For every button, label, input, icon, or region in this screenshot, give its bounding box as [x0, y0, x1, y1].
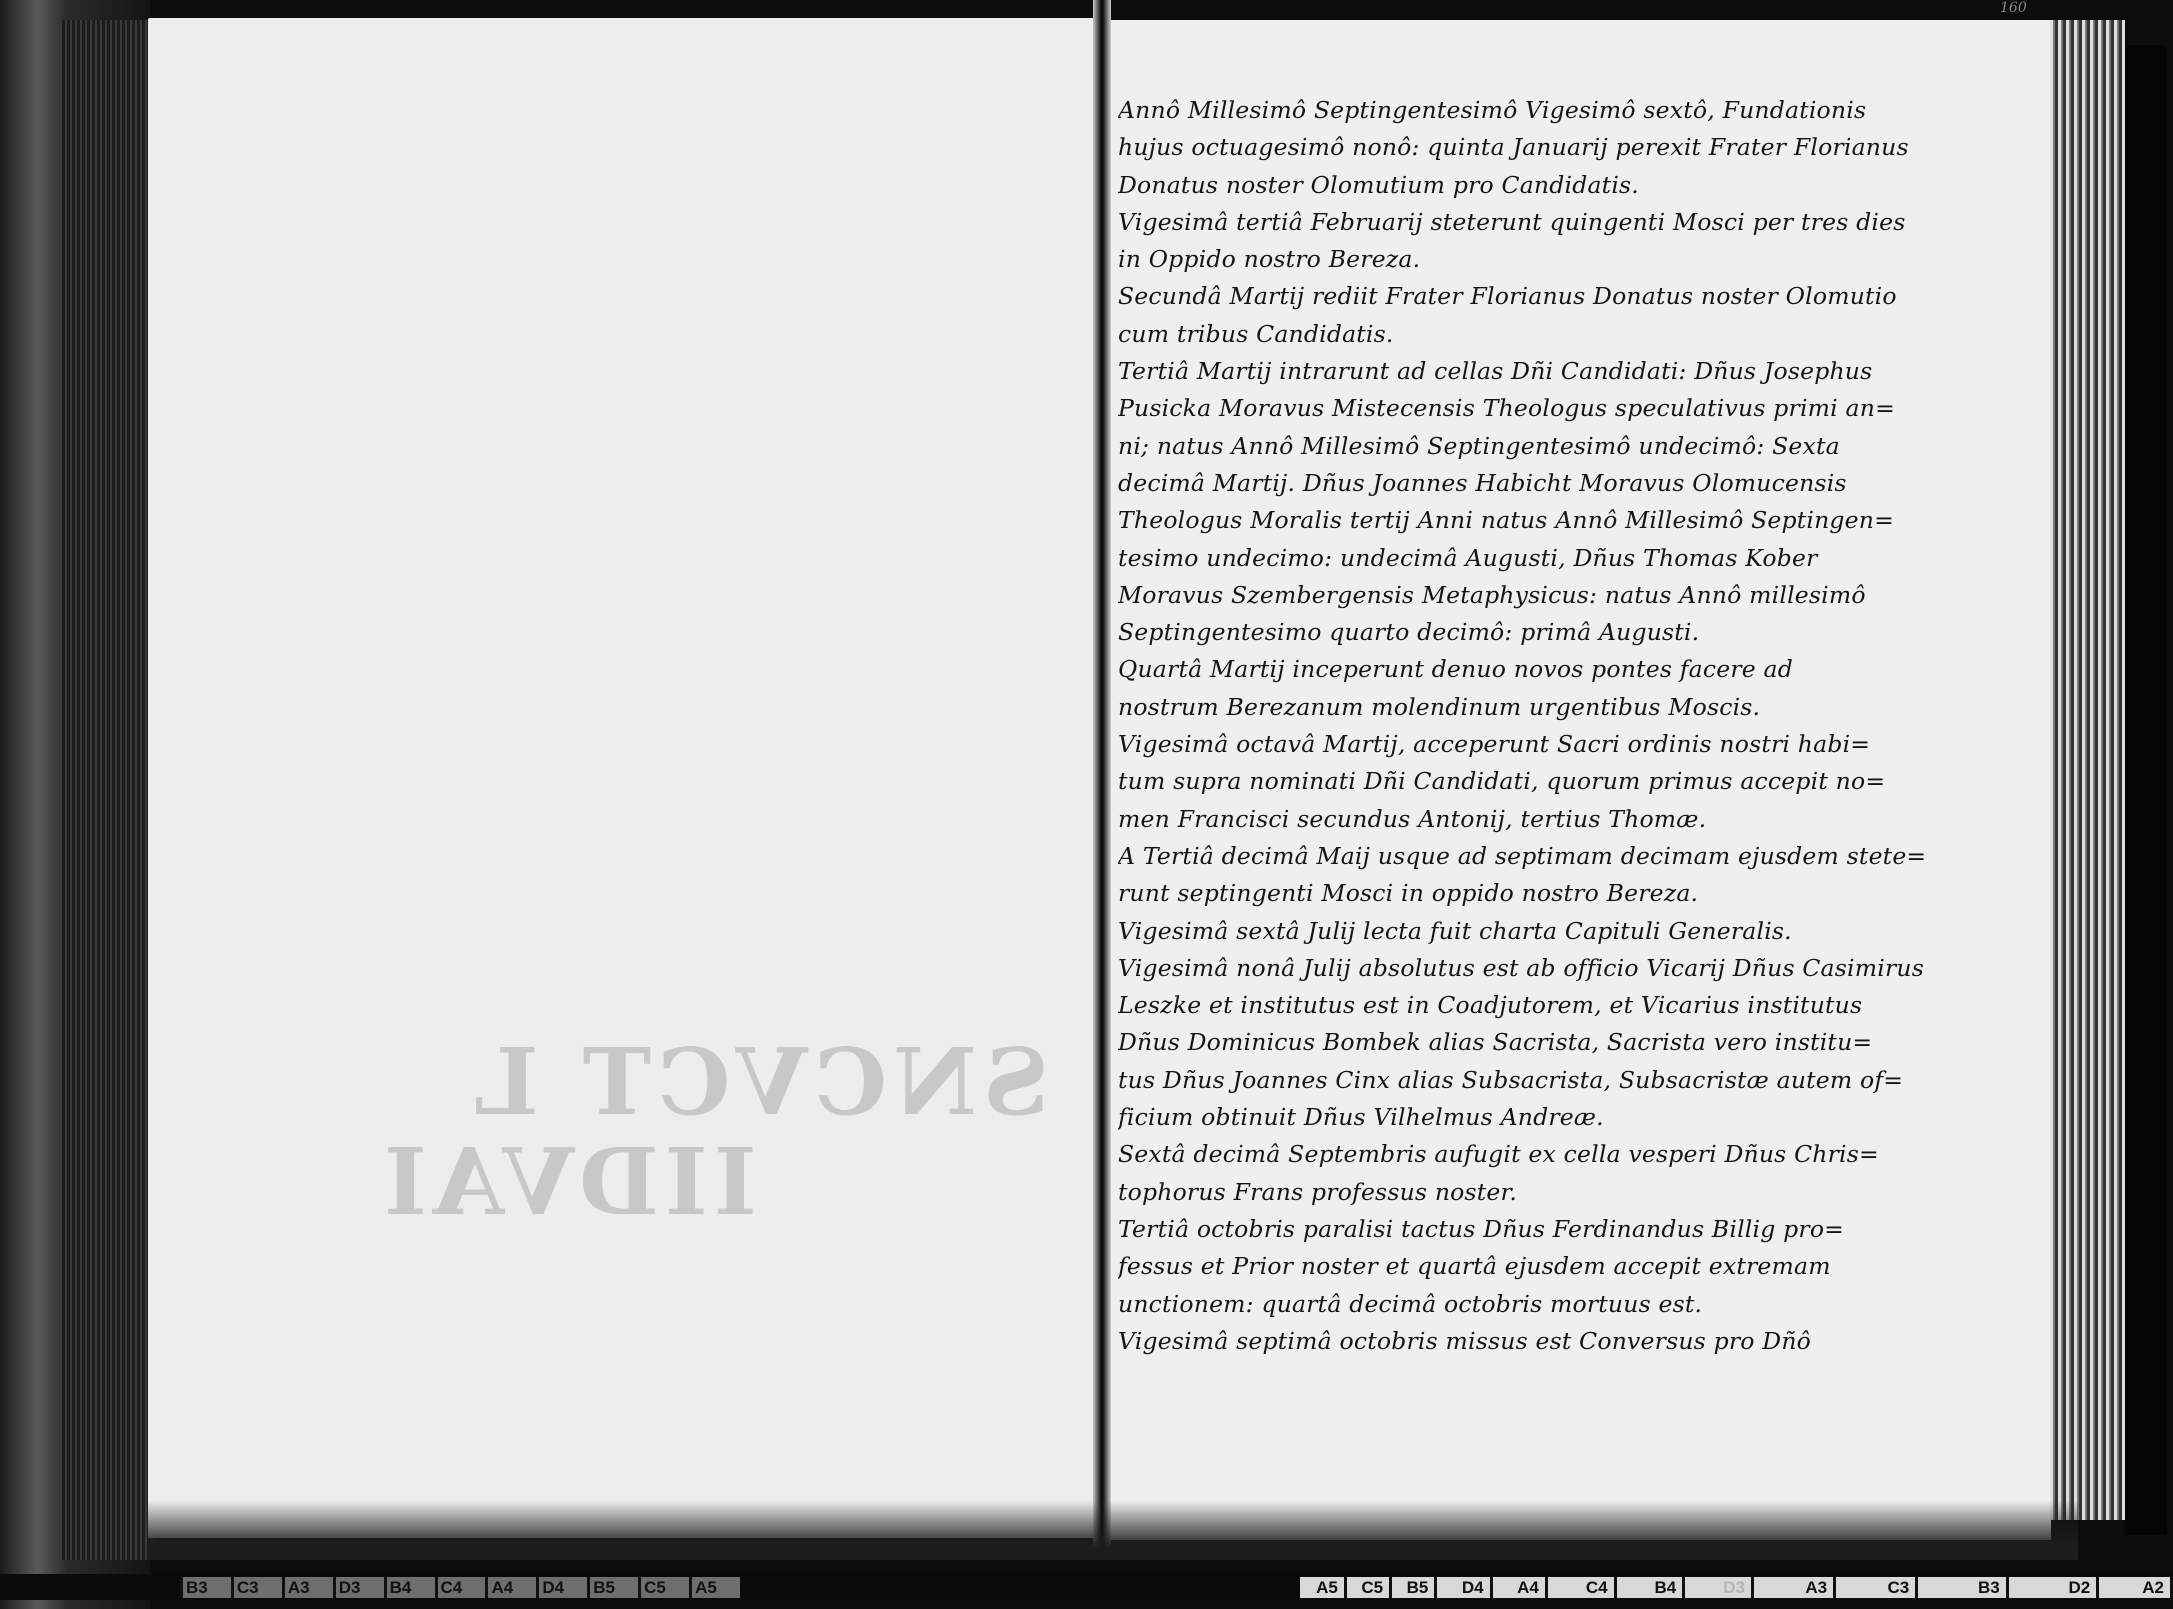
ruler-label: B4 [1617, 1577, 1686, 1598]
ruler-label: C5 [1347, 1577, 1392, 1598]
manuscript-line: tum supra nominati Dñi Candidati, quorum… [1118, 763, 1988, 800]
ruler-label: A3 [282, 1577, 333, 1598]
manuscript-line: Vigesimâ octavâ Martij, acceperunt Sacri… [1118, 726, 1988, 763]
manuscript-line: tus Dñus Joannes Cinx alias Subsacrista,… [1118, 1062, 1988, 1099]
ruler-label: B5 [587, 1577, 638, 1598]
manuscript-line: hujus octuagesimô nonô: quinta Januarij … [1118, 129, 1988, 166]
ruler-label: B4 [384, 1577, 435, 1598]
ruler-label: A4 [485, 1577, 536, 1598]
manuscript-line: ficium obtinuit Dñus Vilhelmus Andreæ. [1118, 1099, 1988, 1136]
ruler-label: B3 [1918, 1577, 2009, 1598]
manuscript-line: Secundâ Martij rediit Frater Florianus D… [1118, 278, 1988, 315]
manuscript-line: Quartâ Martij inceperunt denuo novos pon… [1118, 651, 1988, 688]
manuscript-line: cum tribus Candidatis. [1118, 316, 1988, 353]
ruler-label: D4 [536, 1577, 587, 1598]
manuscript-line: Vigesimâ nonâ Julij absolutus est ab off… [1118, 950, 1988, 987]
manuscript-line: Donatus noster Olomutium pro Candidatis. [1118, 167, 1988, 204]
manuscript-line: men Francisci secundus Antonij, tertius … [1118, 801, 1988, 838]
ruler-label: C3 [231, 1577, 282, 1598]
ruler-label: A5 [689, 1577, 740, 1598]
manuscript-line: in Oppido nostro Bereza. [1118, 241, 1988, 278]
manuscript-line: A Tertiâ decimâ Maij usque ad septimam d… [1118, 838, 1988, 875]
manuscript-line: Moravus Szembergensis Metaphysicus: natu… [1118, 577, 1988, 614]
manuscript-line: Dñus Dominicus Bombek alias Sacrista, Sa… [1118, 1024, 1988, 1061]
manuscript-line: Tertiâ Martij intrarunt ad cellas Dñi Ca… [1118, 353, 1988, 390]
left-page-stack [60, 20, 155, 1560]
manuscript-line: Pusicka Moravus Mistecensis Theologus sp… [1118, 390, 1988, 427]
ruler-label: B5 [1392, 1577, 1437, 1598]
manuscript-line: fessus et Prior noster et quartâ ejusdem… [1118, 1248, 1988, 1285]
manuscript-line: Annô Millesimô Septingentesimô Vigesimô … [1118, 92, 1988, 129]
ruler-strip-right: A5C5B5D4A4C4B4D3A3C3B3D2A2 [1300, 1577, 2173, 1598]
ruler-label: C5 [638, 1577, 689, 1598]
ruler-label: D2 [2009, 1577, 2100, 1598]
ruler-label: D4 [1437, 1577, 1492, 1598]
ruler-label: A2 [2099, 1577, 2173, 1598]
book-right-edge [2125, 45, 2167, 1535]
left-page: SNCVCT L IIDVAI [148, 18, 1093, 1538]
manuscript-line: Tertiâ octobris paralisi tactus Dñus Fer… [1118, 1211, 1988, 1248]
manuscript-line: Vigesimâ tertiâ Februarij steterunt quin… [1118, 204, 1988, 241]
manuscript-line: runt septingenti Mosci in oppido nostro … [1118, 875, 1988, 912]
manuscript-line: ni; natus Annô Millesimô Septingentesimô… [1118, 428, 1988, 465]
ruler-label: C4 [1548, 1577, 1617, 1598]
ruler-label: B3 [180, 1577, 231, 1598]
manuscript-line: tophorus Frans professus noster. [1118, 1174, 1988, 1211]
ruler-label: A3 [1754, 1577, 1836, 1598]
manuscript-line: decimâ Martij. Dñus Joannes Habicht Mora… [1118, 465, 1988, 502]
manuscript-line: Sextâ decimâ Septembris aufugit ex cella… [1118, 1136, 1988, 1173]
ruler-label: D3 [1685, 1577, 1754, 1598]
manuscript-line: Septingentesimo quarto decimô: primâ Aug… [1118, 614, 1988, 651]
manuscript-line: tesimo undecimo: undecimâ Augusti, Dñus … [1118, 540, 1988, 577]
manuscript-line: Theologus Moralis tertij Anni natus Annô… [1118, 502, 1988, 539]
manuscript-line: Vigesimâ septimâ octobris missus est Con… [1118, 1323, 1988, 1360]
ruler-strip-left: B3C3A3D3B4C4A4D4B5C5A5 [180, 1577, 740, 1598]
bleed-through-text-2: IIDVAI [378, 1128, 757, 1236]
bleed-through-text-1: SNCVCT L [468, 1028, 1050, 1136]
manuscript-line: Leszke et institutus est in Coadjutorem,… [1118, 987, 1988, 1024]
ruler-label: A5 [1300, 1577, 1347, 1598]
page-number: 160 [2000, 0, 2027, 16]
ruler-label: D3 [333, 1577, 384, 1598]
ruler-label: A4 [1493, 1577, 1548, 1598]
ruler-label: C3 [1836, 1577, 1918, 1598]
manuscript-line: nostrum Berezanum molendinum urgentibus … [1118, 689, 1988, 726]
manuscript-line: Vigesimâ sextâ Julij lecta fuit charta C… [1118, 913, 1988, 950]
page-bottom-shadow [148, 1500, 2078, 1560]
right-page-stack [2050, 20, 2125, 1520]
manuscript-text: Annô Millesimô Septingentesimô Vigesimô … [1118, 92, 1988, 1360]
ruler-label: C4 [435, 1577, 486, 1598]
book-gutter [1093, 0, 1111, 1560]
manuscript-line: unctionem: quartâ decimâ octobris mortuu… [1118, 1286, 1988, 1323]
